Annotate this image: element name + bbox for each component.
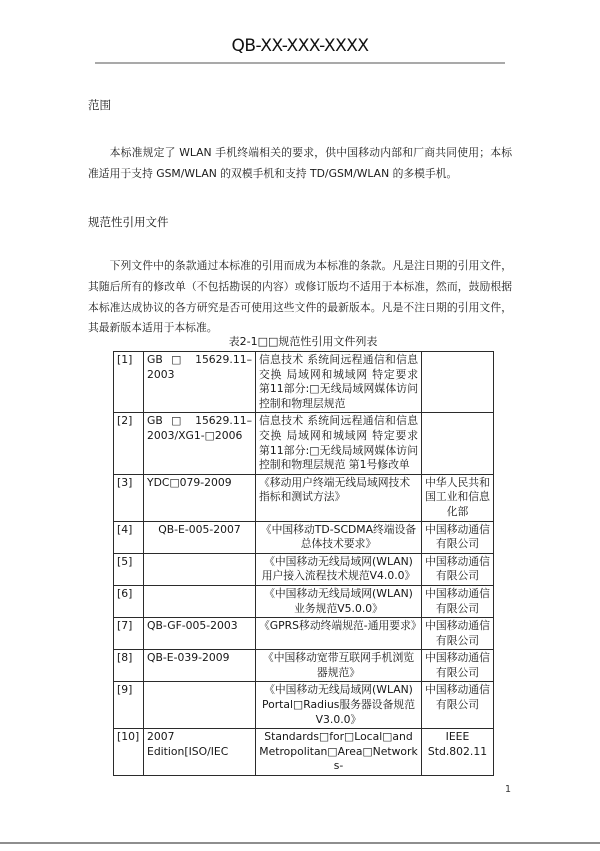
table-row: [10] 2007 Edition[ISO/IEC Standards□for□… (114, 729, 494, 776)
table-row: [4] QB-E-005-2007 《中国移动TD-SCDMA终端设备总体技术要… (114, 521, 494, 553)
ref-number-cell: [2] (114, 413, 144, 474)
document-title-cell: 信息技术 系统间远程通信和信息交换 局域网和城域网 特定要求 第11部分:□无线… (256, 352, 422, 413)
page-number: 1 (505, 784, 511, 795)
table-row: [5] 《中国移动无线局域网(WLAN)用户接入流程技术规范V4.0.0》 中国… (114, 553, 494, 585)
document-title-cell: 《中国移动TD-SCDMA终端设备总体技术要求》 (256, 521, 422, 553)
issuing-org-cell: 中国移动通信有限公司 (422, 682, 494, 729)
table-row: [9] 《中国移动无线局域网(WLAN) Portal□Radius服务器设备规… (114, 682, 494, 729)
scope-paragraph: 本标准规定了 WLAN 手机终端相关的要求，供中国移动内部和厂商共同使用；本标准… (88, 143, 512, 185)
scope-heading: 范围 (88, 97, 111, 113)
issuing-org-cell: 中国移动通信有限公司 (422, 650, 494, 682)
document-title-cell: Standards□for□Local□and Metropolitan□Are… (256, 729, 422, 776)
document-title-cell: 信息技术 系统间远程通信和信息交换 局域网和城域网 特定要求 第11部分:□无线… (256, 413, 422, 474)
standard-code-cell (144, 682, 256, 729)
table-row: [7] QB-GF-005-2003 《GPRS移动终端规范-通用要求》 中国移… (114, 618, 494, 650)
issuing-org-cell (422, 352, 494, 413)
normative-references-paragraph: 下列文件中的条款通过本标准的引用而成为本标准的条款。凡是注日期的引用文件，其随后… (88, 256, 512, 339)
standard-code-cell (144, 585, 256, 617)
ref-number-cell: [8] (114, 650, 144, 682)
table-row: [8] QB-E-039-2009 《中国移动宽带互联网手机浏览器规范》 中国移… (114, 650, 494, 682)
issuing-org-cell: 中国移动通信有限公司 (422, 618, 494, 650)
table-row: [6] 《中国移动无线局域网(WLAN)业务规范V5.0.0》 中国移动通信有限… (114, 585, 494, 617)
standard-code-cell: 2007 Edition[ISO/IEC (144, 729, 256, 776)
document-title-cell: 《中国移动无线局域网(WLAN) Portal□Radius服务器设备规范 V3… (256, 682, 422, 729)
document-title-cell: 《中国移动无线局域网(WLAN)业务规范V5.0.0》 (256, 585, 422, 617)
standard-code-cell: QB-E-005-2007 (144, 521, 256, 553)
table-row: [3] YDC□079-2009 《移动用户终端无线局域网技术指标和测试方法》 … (114, 474, 494, 521)
issuing-org-cell: 中国移动通信有限公司 (422, 521, 494, 553)
standard-code-cell: QB-E-039-2009 (144, 650, 256, 682)
document-title-cell: 《中国移动无线局域网(WLAN)用户接入流程技术规范V4.0.0》 (256, 553, 422, 585)
issuing-org-cell: 中华人民共和国工业和信息化部 (422, 474, 494, 521)
table-caption: 表2-1□□规范性引用文件列表 (113, 333, 493, 349)
ref-number-cell: [9] (114, 682, 144, 729)
issuing-org-cell: 中国移动通信有限公司 (422, 585, 494, 617)
normative-references-table: [1] GB □ 15629.11–2003 信息技术 系统间远程通信和信息交换… (113, 351, 494, 776)
ref-number-cell: [10] (114, 729, 144, 776)
header-divider (95, 62, 505, 64)
document-header-code: QB-XX-XXX-XXXX (0, 36, 600, 56)
ref-number-cell: [4] (114, 521, 144, 553)
document-title-cell: 《GPRS移动终端规范-通用要求》 (256, 618, 422, 650)
ref-number-cell: [3] (114, 474, 144, 521)
footer-divider (0, 842, 600, 844)
standard-code-cell: YDC□079-2009 (144, 474, 256, 521)
table-row: [1] GB □ 15629.11–2003 信息技术 系统间远程通信和信息交换… (114, 352, 494, 413)
standard-code-cell: GB □ 15629.11–2003/XG1-□2006 (144, 413, 256, 474)
standard-code-cell (144, 553, 256, 585)
document-title-cell: 《中国移动宽带互联网手机浏览器规范》 (256, 650, 422, 682)
issuing-org-cell: 中国移动通信有限公司 (422, 553, 494, 585)
ref-number-cell: [5] (114, 553, 144, 585)
ref-number-cell: [6] (114, 585, 144, 617)
issuing-org-cell (422, 413, 494, 474)
standard-code-cell: QB-GF-005-2003 (144, 618, 256, 650)
document-title-cell: 《移动用户终端无线局域网技术指标和测试方法》 (256, 474, 422, 521)
document-page: QB-XX-XXX-XXXX 范围 本标准规定了 WLAN 手机终端相关的要求，… (0, 0, 600, 851)
ref-number-cell: [1] (114, 352, 144, 413)
issuing-org-cell: IEEE Std.802.11 (422, 729, 494, 776)
normative-references-heading: 规范性引用文件 (88, 214, 169, 230)
table-row: [2] GB □ 15629.11–2003/XG1-□2006 信息技术 系统… (114, 413, 494, 474)
standard-code-cell: GB □ 15629.11–2003 (144, 352, 256, 413)
ref-number-cell: [7] (114, 618, 144, 650)
